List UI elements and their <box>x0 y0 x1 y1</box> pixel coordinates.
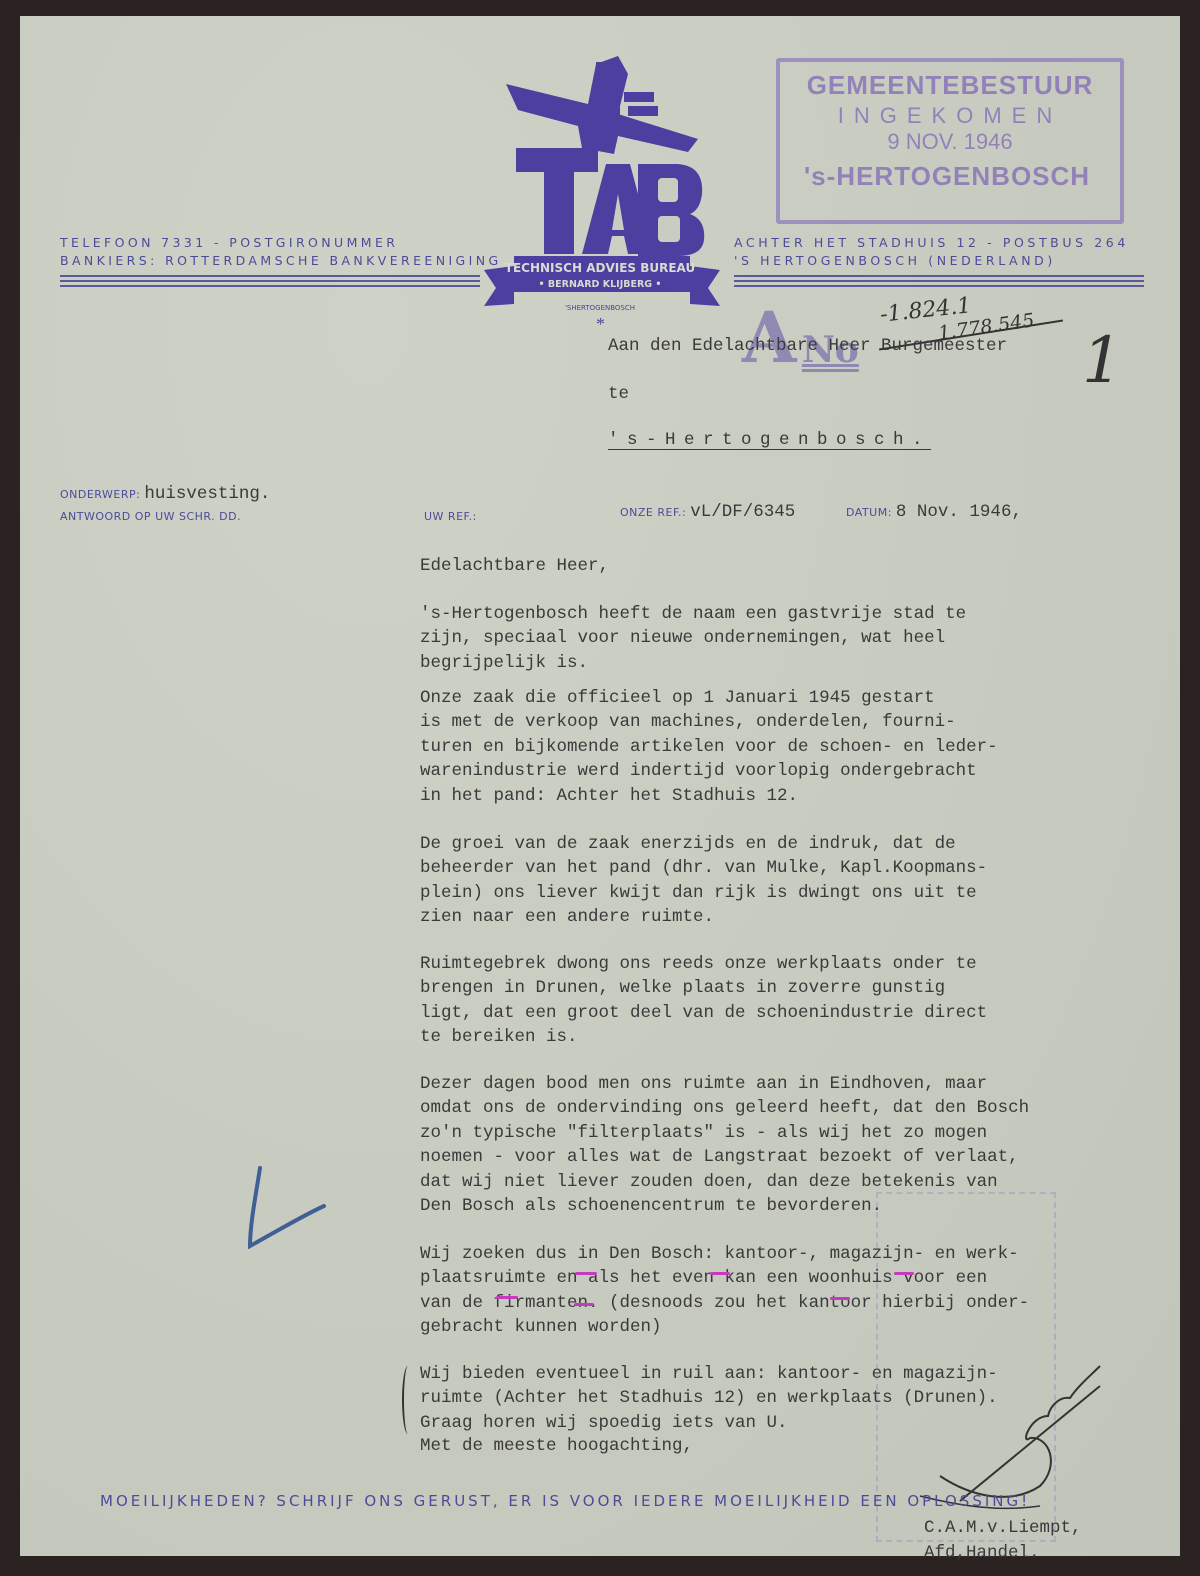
subject-label: ONDERWERP: <box>60 488 140 501</box>
header-rule-left-1 <box>60 275 480 277</box>
letterhead-phone: TELEFOON 7331 - POSTGIRONUMMER <box>60 234 502 252</box>
letterhead-left: TELEFOON 7331 - POSTGIRONUMMER BANKIERS:… <box>60 234 502 270</box>
header-rule-right-3 <box>734 285 1144 287</box>
our-ref-label: ONZE REF.: <box>620 506 686 519</box>
letter-page: TELEFOON 7331 - POSTGIRONUMMER BANKIERS:… <box>20 16 1180 1556</box>
margin-bracket <box>402 1366 414 1434</box>
received-stamp: GEMEENTEBESTUUR INGEKOMEN 9 NOV. 1946 's… <box>776 58 1124 224</box>
signature-icon <box>900 1346 1120 1516</box>
logo-owner: • BERNARD KLIJBERG • <box>539 279 662 290</box>
date-row: DATUM: 8 Nov. 1946, <box>846 502 1022 522</box>
subject-row: ONDERWERP: huisvesting. <box>60 484 270 504</box>
header-rule-right-1 <box>734 275 1144 277</box>
your-ref-label: UW REF.: <box>424 510 477 523</box>
paragraph-3: De groei van de zaak enerzijds en de ind… <box>420 832 1120 930</box>
salutation: Edelachtbare Heer, <box>420 554 1120 578</box>
logo-company-name: TECHNISCH ADVIES BUREAU <box>505 261 695 275</box>
letterhead-bank: BANKIERS: ROTTERDAMSCHE BANKVEREENIGING <box>60 252 502 270</box>
our-ref-value: vL/DF/6345 <box>690 502 795 522</box>
paragraph-4: Ruimtegebrek dwong ons reeds onze werkpl… <box>420 952 1120 1050</box>
stamp-line-4: 's-HERTOGENBOSCH <box>780 161 1120 192</box>
paragraph-2: Onze zaak die officieel op 1 Januari 194… <box>420 686 1120 808</box>
address-line-2: te <box>608 384 629 404</box>
subject-value: huisvesting. <box>144 484 270 504</box>
highlight-mark <box>574 1303 594 1306</box>
highlight-mark <box>496 1296 518 1299</box>
signature-block: C.A.M.v.Liempt, Afd,Handel. <box>924 1516 1082 1566</box>
tab-logo: TECHNISCH ADVIES BUREAU • BERNARD KLIJBE… <box>478 44 722 314</box>
signatory-name: C.A.M.v.Liempt, <box>924 1516 1082 1541</box>
address-line-1: Aan den Edelachtbare Heer Burgemeester <box>608 336 1007 356</box>
paragraph-1: 's-Hertogenbosch heeft de naam een gastv… <box>420 602 1120 675</box>
highlight-mark <box>575 1272 597 1275</box>
our-ref-row: ONZE REF.: vL/DF/6345 <box>620 502 795 522</box>
stamp-line-1: GEMEENTEBESTUUR <box>780 70 1120 101</box>
highlight-mark <box>830 1297 850 1300</box>
stamp-date: 9 NOV. 1946 <box>780 129 1120 155</box>
letterhead-right: ACHTER HET STADHUIS 12 - POSTBUS 264 'S … <box>734 234 1129 270</box>
blue-check-icon <box>242 1164 342 1256</box>
header-rule-left-3 <box>60 285 480 287</box>
date-value: 8 Nov. 1946, <box>896 502 1022 522</box>
stamp-line-2: INGEKOMEN <box>780 103 1120 129</box>
logo-city: 'SHERTOGENBOSCH <box>565 304 635 312</box>
address-city: 's-Hertogenbosch. <box>608 430 931 450</box>
header-rule-right-2 <box>734 280 1144 282</box>
date-label: DATUM: <box>846 506 892 519</box>
eagle-wings-icon: TECHNISCH ADVIES BUREAU • BERNARD KLIJBE… <box>478 44 722 314</box>
letterhead-address: ACHTER HET STADHUIS 12 - POSTBUS 264 <box>734 234 1129 252</box>
reply-label: ANTWOORD OP UW SCHR. DD. <box>60 510 241 523</box>
letterhead-city: 'S HERTOGENBOSCH (NEDERLAND) <box>734 252 1129 270</box>
signatory-department: Afd,Handel. <box>924 1541 1082 1566</box>
highlight-mark <box>710 1272 730 1275</box>
footer-slogan: MOEILIJKHEDEN? SCHRIJF ONS GERUST, ER IS… <box>100 1492 1030 1510</box>
header-rule-left-2 <box>60 280 480 282</box>
star-mark: * <box>596 314 605 335</box>
margin-number: 1 <box>1082 324 1123 398</box>
